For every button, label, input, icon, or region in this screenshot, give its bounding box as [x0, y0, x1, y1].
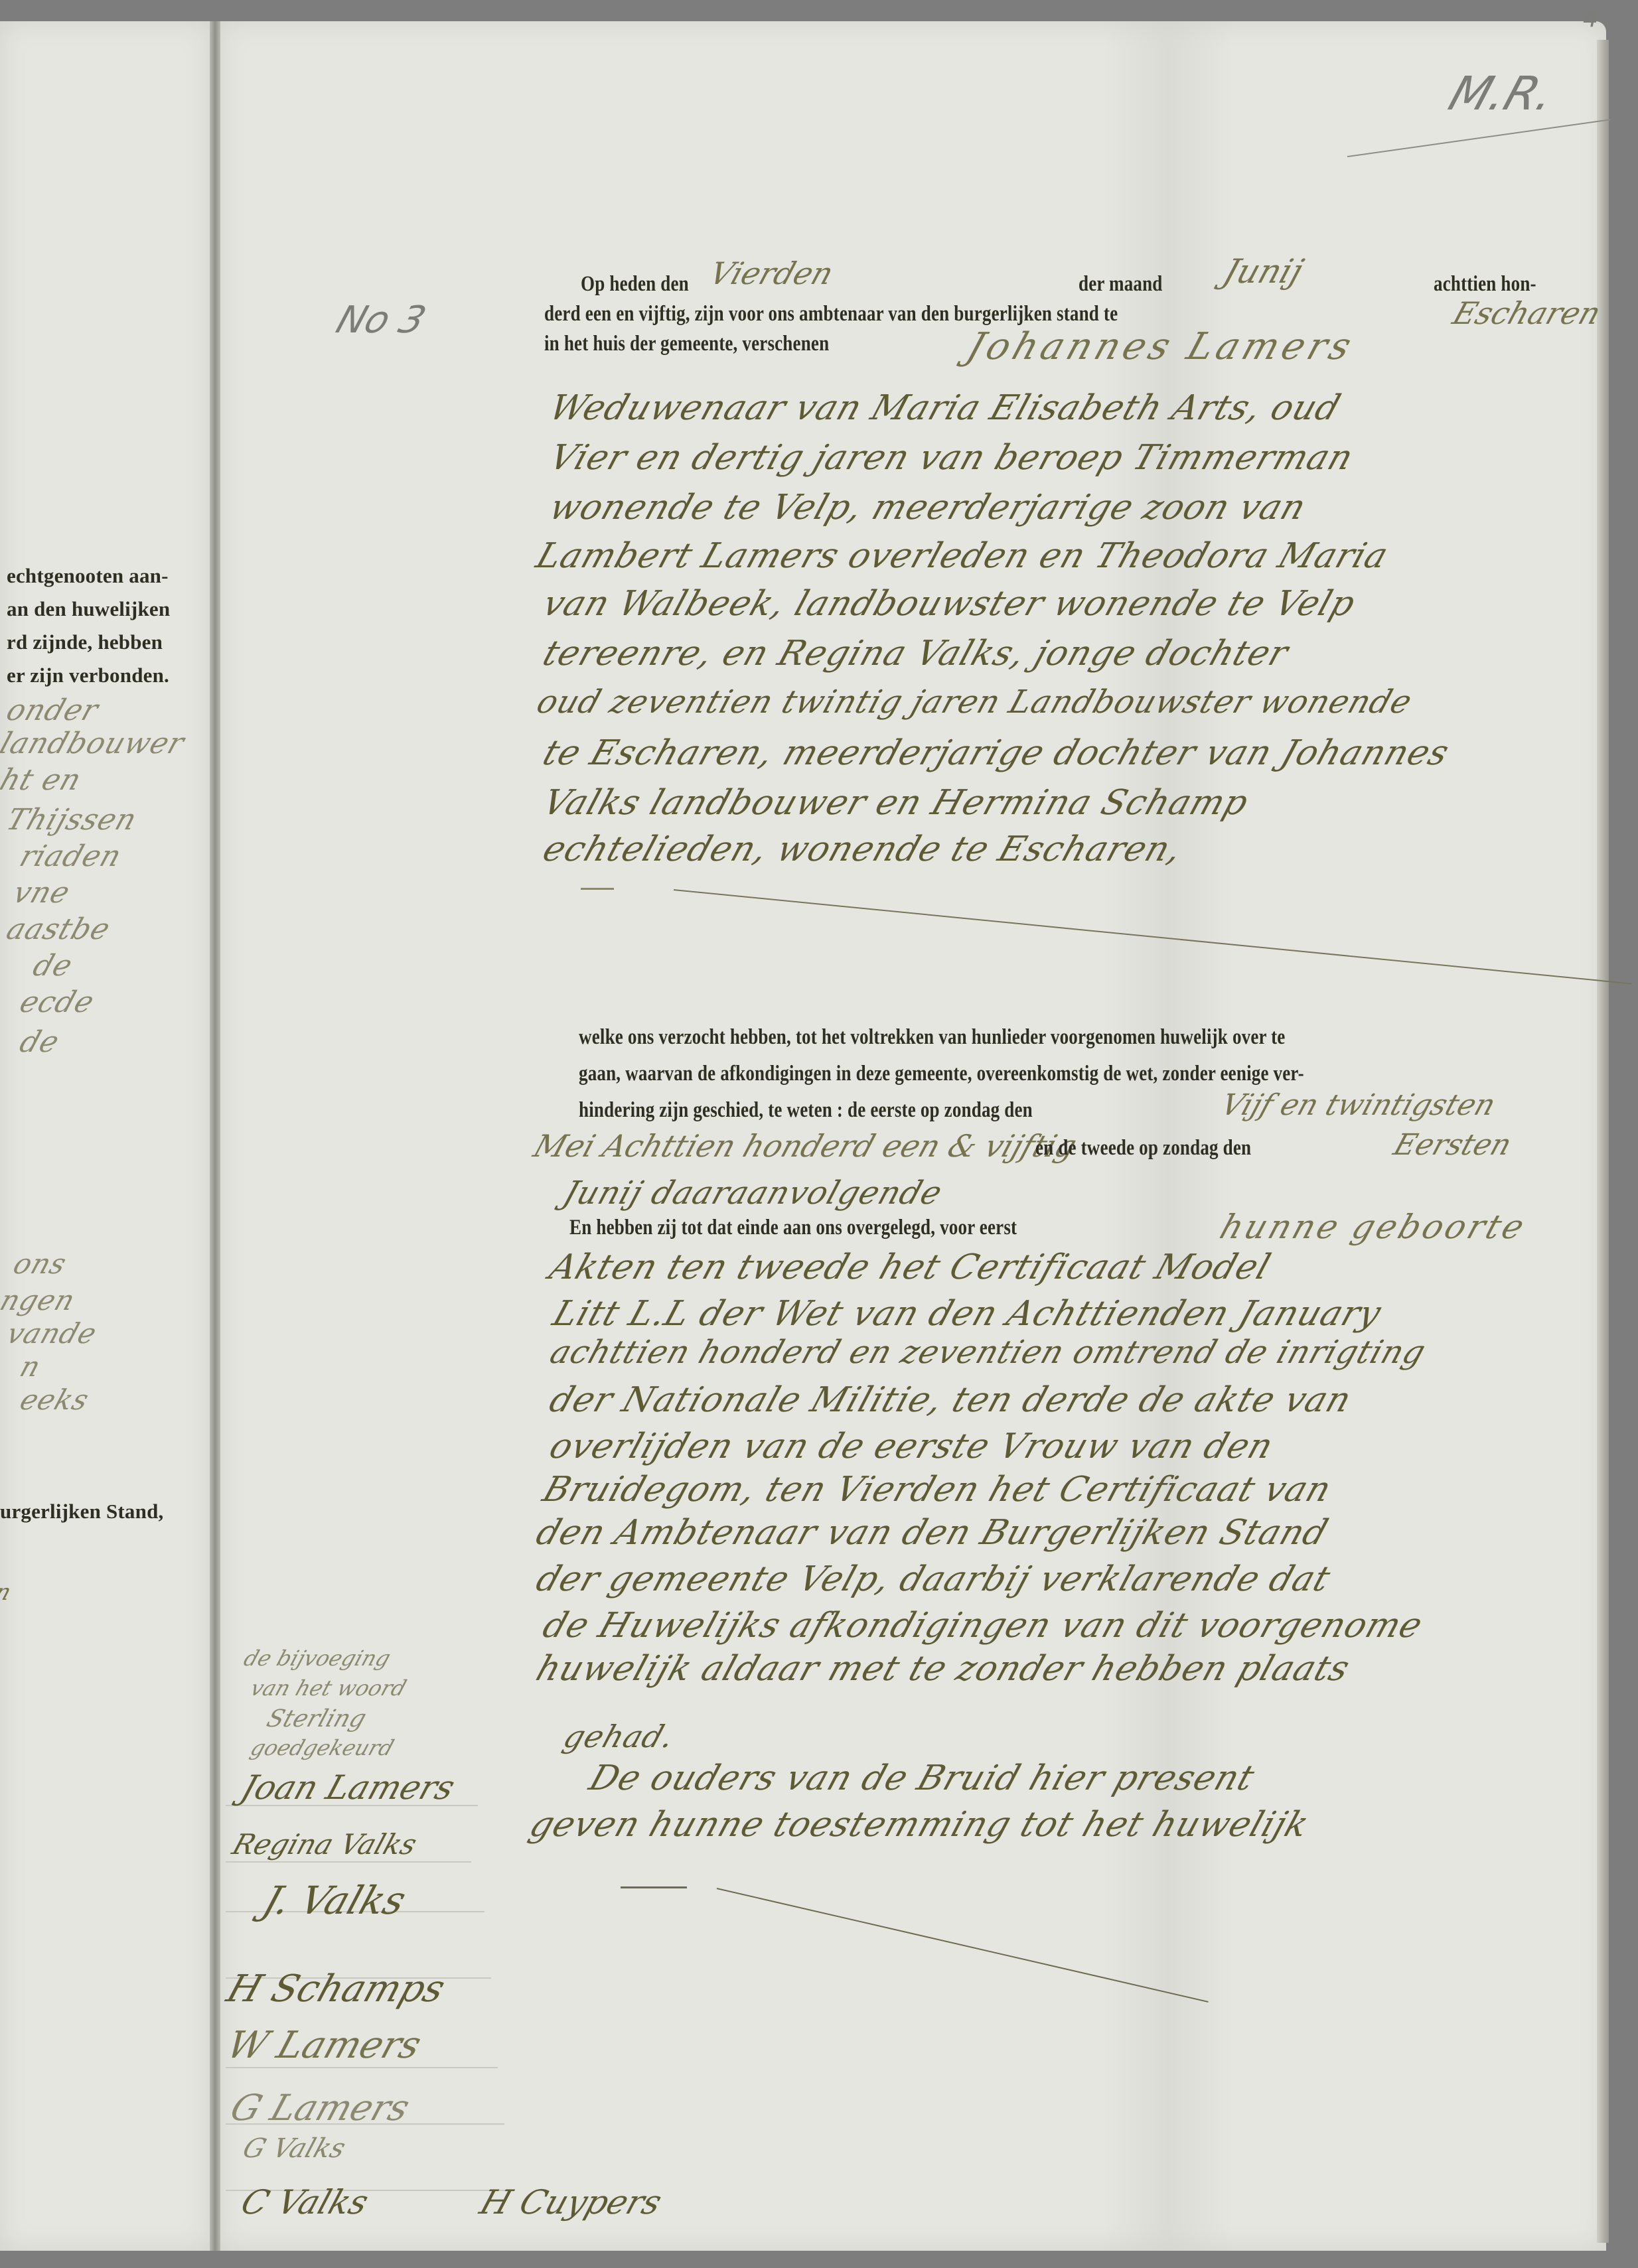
- parties-line: wonende te Velp, meerderjarige zoon van: [545, 488, 1311, 528]
- documents-hand-after-intro: hunne geboorte: [1215, 1208, 1532, 1246]
- header-print-line2: derd een en vijftig, zijn voor ons ambte…: [544, 302, 1118, 326]
- signature-witness: G Lamers: [226, 2087, 415, 2129]
- documents-line: Bruidegom, ten Vierden het Certificaat v…: [538, 1470, 1337, 1510]
- margin-note-line: Sterling: [263, 1705, 370, 1733]
- left-page: [0, 21, 211, 2251]
- signature-bride: Regina Valks: [228, 1828, 421, 1861]
- consent-line: geven hunne toestemming tot het huwelijk: [525, 1805, 1314, 1845]
- parties-line: Weduwenaar van Maria Elisabeth Arts, oud: [545, 388, 1346, 428]
- documents-line: de Huwelijks afkondigingen van dit voorg…: [538, 1606, 1428, 1646]
- request-hand-first-date: Vijf en twintigsten: [1217, 1088, 1499, 1122]
- left-hand-fragment: vne: [9, 876, 74, 910]
- left-print-line-3: rd zijnde, hebben: [7, 630, 163, 654]
- request-print-line3: hindering zijn geschied, te weten : de e…: [579, 1098, 1033, 1123]
- header-print-line3: in het huis der gemeente, verschenen: [544, 332, 829, 356]
- margin-note-line: goedgekeurd: [248, 1735, 398, 1760]
- dash-mark: [581, 888, 614, 890]
- left-hand-fragment: landbouwer: [0, 727, 189, 760]
- header-hand-month: Junij: [1219, 252, 1308, 291]
- parties-line: Lambert Lamers overleden en Theodora Mar…: [532, 536, 1394, 576]
- request-hand-line4: Mei Achttien honderd een & vijftig: [529, 1128, 1081, 1164]
- header-hand-groom-name: Johannes Lamers: [962, 325, 1361, 368]
- left-hand-fragment: riaden: [15, 839, 125, 873]
- closing-dash: [621, 1886, 687, 1888]
- left-hand-fragment: eeks: [16, 1383, 94, 1416]
- documents-line: Akten ten tweede het Certificaat Model: [545, 1247, 1276, 1287]
- parties-line: Valks landbouwer en Hermina Schamp: [538, 783, 1254, 823]
- signature-groom: Joan Lamers: [236, 1768, 459, 1807]
- signature-witness: J. Valks: [258, 1878, 411, 1923]
- book-gutter: [210, 21, 220, 2251]
- left-hand-fragment: Thijssen: [2, 803, 141, 837]
- documents-line: der gemeente Velp, daarbij verklarende d…: [532, 1559, 1336, 1599]
- parties-line: echtelieden, wonende te Escharen,: [538, 829, 1187, 869]
- consent-line: De ouders van de Bruid hier present: [585, 1758, 1260, 1798]
- request-hand-second-date: Eersten: [1389, 1128, 1515, 1162]
- documents-line: Litt L.L der Wet van den Achttienden Jan…: [548, 1294, 1386, 1334]
- header-hand-day: Vierden: [705, 255, 838, 291]
- documents-line: gehad.: [559, 1719, 679, 1754]
- margin-note-line: de bijvoeging: [241, 1646, 394, 1671]
- signature-officer: H Cuypers: [475, 2183, 666, 2222]
- header-print-op-heden: Op heden den: [581, 272, 689, 297]
- left-hand-fragment: ons: [9, 1247, 71, 1280]
- left-print-line-1: echtgenooten aan-: [7, 564, 169, 588]
- header-print-achttien: achttien hon-: [1434, 272, 1536, 297]
- signature-witness: C Valks: [236, 2183, 373, 2222]
- signature-witness: G Valks: [239, 2133, 349, 2164]
- parties-line: te Escharen, meerderjarige dochter van J…: [538, 733, 1455, 773]
- signature-witness: W Lamers: [222, 2024, 427, 2067]
- left-print-line-4: er zijn verbonden.: [7, 664, 169, 687]
- request-hand-line5: Junij daaraanvolgende: [559, 1174, 947, 1212]
- left-print-line-2: an den huwelijken: [7, 597, 170, 621]
- signature-witness: H Schamps: [222, 1967, 451, 2011]
- left-hand-fragment: ecde: [15, 985, 98, 1019]
- parties-line: van Walbeek, landbouwster wonende te Vel…: [538, 584, 1361, 624]
- parties-line: oud zeventien twintig jaren Landbouwster…: [532, 683, 1417, 721]
- documents-line: der Nationale Militie, ten derde de akte…: [545, 1380, 1357, 1420]
- act-number: No 3: [331, 299, 431, 342]
- request-print-line2: gaan, waarvan de afkondigingen in deze g…: [579, 1062, 1304, 1086]
- signature-guide: [226, 2067, 498, 2068]
- documents-print-intro: En hebben zij tot dat einde aan ons over…: [569, 1216, 1017, 1240]
- left-hand-fragment: aastbe: [2, 912, 115, 946]
- signature-guide: [226, 1861, 471, 1863]
- initials-mark: M.R.: [1442, 66, 1562, 121]
- documents-line: den Ambtenaar van den Burgerlijken Stand: [532, 1513, 1333, 1553]
- parties-line: tereenre, en Regina Valks, jonge dochter: [538, 634, 1294, 673]
- request-print-line1: welke ons verzocht hebben, tot het voltr…: [579, 1025, 1285, 1050]
- margin-note-line: van het woord: [248, 1675, 410, 1701]
- parties-line: Vier en dertig jaren van beroep Timmerma…: [545, 438, 1359, 478]
- documents-line: huwelijk aldaar met te zonder hebben pla…: [532, 1649, 1355, 1689]
- left-hand-fragment: vande: [3, 1317, 101, 1350]
- left-hand-fragment: ht en: [0, 763, 86, 797]
- left-hand-fragment: onder: [2, 693, 103, 727]
- left-print-footer: urgerlijken Stand,: [0, 1500, 163, 1524]
- page-number: 4: [1583, 5, 1598, 33]
- documents-line: achttien honderd en zeventien omtrend de…: [546, 1334, 1431, 1371]
- request-print-second: en de tweede op zondag den: [1035, 1136, 1251, 1161]
- page-edge: [1597, 40, 1609, 2243]
- left-hand-fragment: ngen: [0, 1284, 80, 1316]
- header-print-der-maand: der maand: [1079, 272, 1163, 297]
- header-hand-place: Escharen: [1448, 295, 1605, 331]
- documents-line: overlijden van de eerste Vrouw van den: [545, 1427, 1279, 1466]
